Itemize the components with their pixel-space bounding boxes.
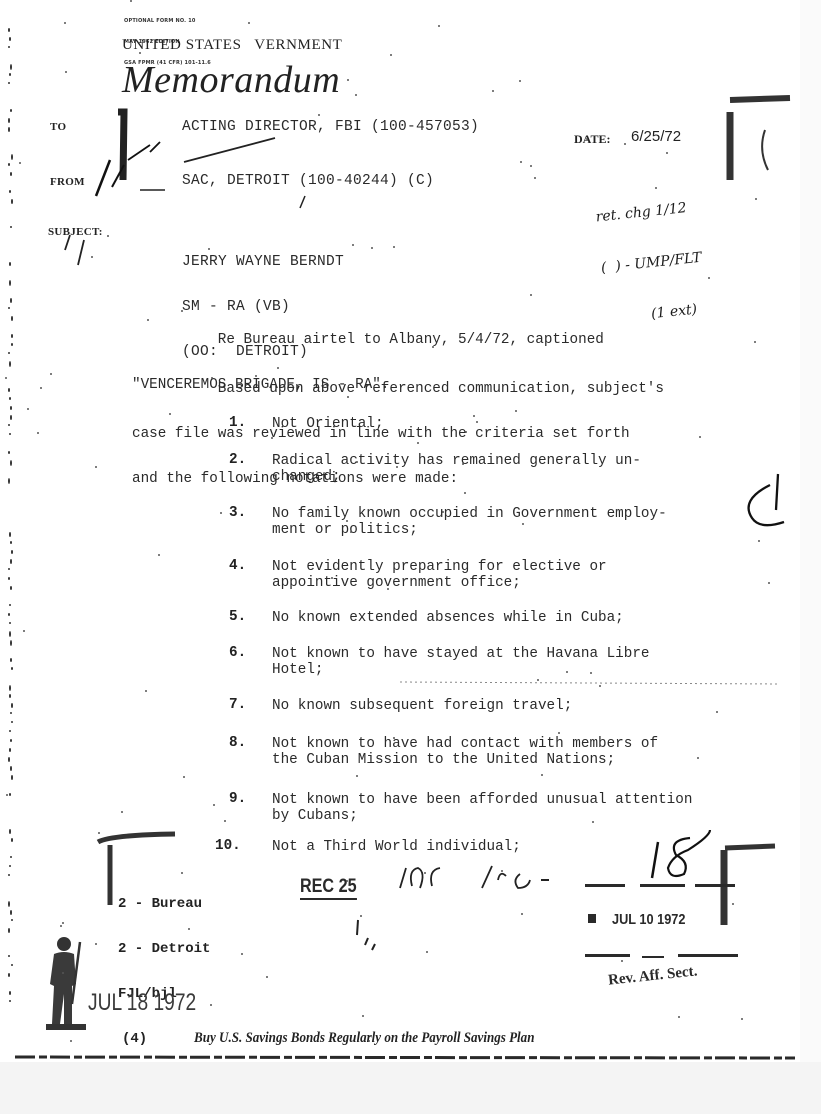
notation-text: Not known to have had contact with membe…: [272, 736, 658, 768]
notation-line: Not Oriental;: [272, 416, 384, 432]
footer-slogan: Buy U.S. Savings Bonds Regularly on the …: [194, 1030, 534, 1047]
speck: [248, 22, 250, 24]
speck: [65, 71, 67, 73]
notation-text: Not a Third World individual;: [272, 839, 521, 855]
speck: [534, 177, 536, 179]
speck: [558, 732, 560, 734]
speck: [758, 540, 760, 542]
speck: [492, 90, 494, 92]
speck: [62, 972, 64, 974]
speck: [356, 775, 358, 777]
speck: [473, 415, 475, 417]
speck: [134, 1034, 136, 1036]
notation-line: No known subsequent foreign travel;: [272, 698, 572, 714]
speck: [107, 235, 109, 237]
speck: [213, 804, 215, 806]
speck: [147, 319, 149, 321]
speck: [519, 80, 521, 82]
notation-text: No family known occupied in Government e…: [272, 506, 667, 538]
notation-number: 10.: [215, 838, 241, 854]
notation-line: changed;: [272, 469, 641, 485]
speck: [133, 39, 135, 41]
notation-text: Radical activity has remained generally …: [272, 453, 641, 485]
notation-number: 1.: [229, 415, 246, 431]
notation-line: Not known to have been afforded unusual …: [272, 792, 692, 808]
speck: [624, 143, 626, 145]
speck: [586, 138, 588, 140]
speck: [755, 198, 757, 200]
minuteman-icon: [42, 934, 97, 1034]
speck: [352, 244, 354, 246]
speck: [754, 341, 756, 343]
notation-text: Not Oriental;: [272, 416, 384, 432]
speck: [426, 951, 428, 953]
speck: [590, 672, 592, 674]
filed-date-stamp: JUL 18 1972: [88, 989, 196, 1017]
speck: [60, 925, 62, 927]
speck: [741, 1018, 743, 1020]
speck: [50, 373, 52, 375]
speck: [40, 387, 42, 389]
speck: [530, 165, 532, 167]
speck: [697, 757, 699, 759]
speck: [266, 976, 268, 978]
speck: [211, 377, 213, 379]
speck: [331, 577, 333, 579]
speck: [220, 512, 222, 514]
speck: [347, 396, 349, 398]
speck: [169, 413, 171, 415]
speck: [318, 114, 320, 116]
speck: [37, 432, 39, 434]
speck: [183, 776, 185, 778]
speck: [541, 774, 543, 776]
speck: [521, 913, 523, 915]
speck: [537, 679, 539, 681]
speck: [396, 466, 398, 468]
speck: [424, 872, 426, 874]
speck: [181, 310, 183, 312]
speck: [277, 367, 279, 369]
speck: [393, 737, 395, 739]
speck: [362, 1015, 364, 1017]
stamp-marker: [588, 914, 596, 923]
speck: [371, 247, 373, 249]
notation-line: No family known occupied in Government e…: [272, 506, 667, 522]
notation-text: Not known to have stayed at the Havana L…: [272, 646, 650, 678]
speck: [666, 152, 668, 154]
notation-line: appointive government office;: [272, 575, 607, 591]
speck: [181, 872, 183, 874]
speck: [130, 0, 132, 2]
notation-number: 6.: [229, 645, 246, 661]
notation-line: Hotel;: [272, 662, 650, 678]
note-line: ( ) - UMP/FLT: [600, 250, 702, 277]
speck: [350, 531, 352, 533]
speck: [346, 880, 348, 882]
speck: [208, 248, 210, 250]
notation-number: 9.: [229, 791, 246, 807]
speck: [64, 22, 66, 24]
notation-line: Radical activity has remained generally …: [272, 453, 641, 469]
speck: [655, 187, 657, 189]
speck: [522, 523, 524, 525]
speck: [145, 690, 147, 692]
speck: [95, 466, 97, 468]
speck: [158, 554, 160, 556]
speck: [224, 820, 226, 822]
paragraph-line: Re Bureau airtel to Albany, 5/4/72, capt…: [132, 333, 604, 348]
speck: [442, 511, 444, 513]
speck: [390, 54, 392, 56]
notation-number: 4.: [229, 558, 246, 574]
speck: [387, 588, 389, 590]
rec-stamp: REC 25: [300, 876, 357, 900]
speck: [98, 832, 100, 834]
speck: [368, 1040, 370, 1042]
speck: [716, 711, 718, 713]
speck: [27, 408, 29, 410]
c-mark: [749, 474, 784, 525]
speck: [19, 162, 21, 164]
notation-text: Not known to have been afforded unusual …: [272, 792, 692, 824]
notation-number: 8.: [229, 735, 246, 751]
notation-number: 2.: [229, 452, 246, 468]
received-date-stamp: JUL 10 1972: [612, 911, 685, 928]
notation-number: 5.: [229, 609, 246, 625]
speck: [393, 246, 395, 248]
paragraph-line: case file was reviewed in line with the …: [132, 427, 664, 442]
notation-number: 3.: [229, 505, 246, 521]
speck: [23, 630, 25, 632]
notation-line: Not a Third World individual;: [272, 839, 521, 855]
notation-line: ment or politics;: [272, 522, 667, 538]
speck: [515, 410, 517, 412]
notation-line: Not known to have had contact with membe…: [272, 736, 658, 752]
speck: [462, 463, 464, 465]
speck: [768, 582, 770, 584]
speck: [356, 461, 358, 463]
speck: [592, 821, 594, 823]
speck: [621, 960, 623, 962]
speck: [6, 794, 8, 796]
speck: [70, 1040, 72, 1042]
notation-line: No known extended absences while in Cuba…: [272, 610, 624, 626]
speck: [346, 520, 348, 522]
notation-number: 7.: [229, 697, 246, 713]
speck: [139, 52, 141, 54]
notation-text: No known subsequent foreign travel;: [272, 698, 572, 714]
speck: [360, 915, 362, 917]
speck: [5, 377, 7, 379]
note-line: ret. chg 1/12: [595, 199, 697, 226]
notation-line: Not evidently preparing for elective or: [272, 559, 607, 575]
speck: [520, 161, 522, 163]
notation-line: Not known to have stayed at the Havana L…: [272, 646, 650, 662]
speck: [188, 928, 190, 930]
speck: [699, 436, 701, 438]
speck: [599, 685, 601, 687]
notation-text: No known extended absences while in Cuba…: [272, 610, 624, 626]
speck: [417, 442, 419, 444]
speck: [476, 421, 478, 423]
speck: [732, 903, 734, 905]
speck: [465, 431, 467, 433]
speck: [121, 811, 123, 813]
speck: [501, 870, 503, 872]
speck: [355, 94, 357, 96]
handwritten-routing-note: ret. chg 1/12 ( ) - UMP/FLT (1 ext): [591, 165, 709, 345]
speck: [210, 1004, 212, 1006]
speck: [464, 492, 466, 494]
note-line: (1 ext): [606, 300, 708, 327]
speck: [241, 953, 243, 955]
speck: [91, 256, 93, 258]
speck: [432, 346, 434, 348]
notation-line: the Cuban Mission to the United Nations;: [272, 752, 658, 768]
speck: [530, 294, 532, 296]
speck: [95, 943, 97, 945]
speck: [438, 25, 440, 27]
speck: [62, 922, 64, 924]
distribution-line: 2 - Detroit: [118, 942, 210, 957]
speck: [430, 1039, 432, 1041]
speck: [708, 277, 710, 279]
distribution-line: 2 - Bureau: [118, 897, 210, 912]
speck: [347, 79, 349, 81]
speck: [271, 437, 273, 439]
speck: [377, 435, 379, 437]
speck: [255, 375, 257, 377]
speck: [566, 671, 568, 673]
paragraph-line: Based upon above referenced communicatio…: [132, 382, 664, 397]
notation-text: Not evidently preparing for elective ora…: [272, 559, 607, 591]
notation-line: by Cubans;: [272, 808, 692, 824]
speck: [678, 1016, 680, 1018]
